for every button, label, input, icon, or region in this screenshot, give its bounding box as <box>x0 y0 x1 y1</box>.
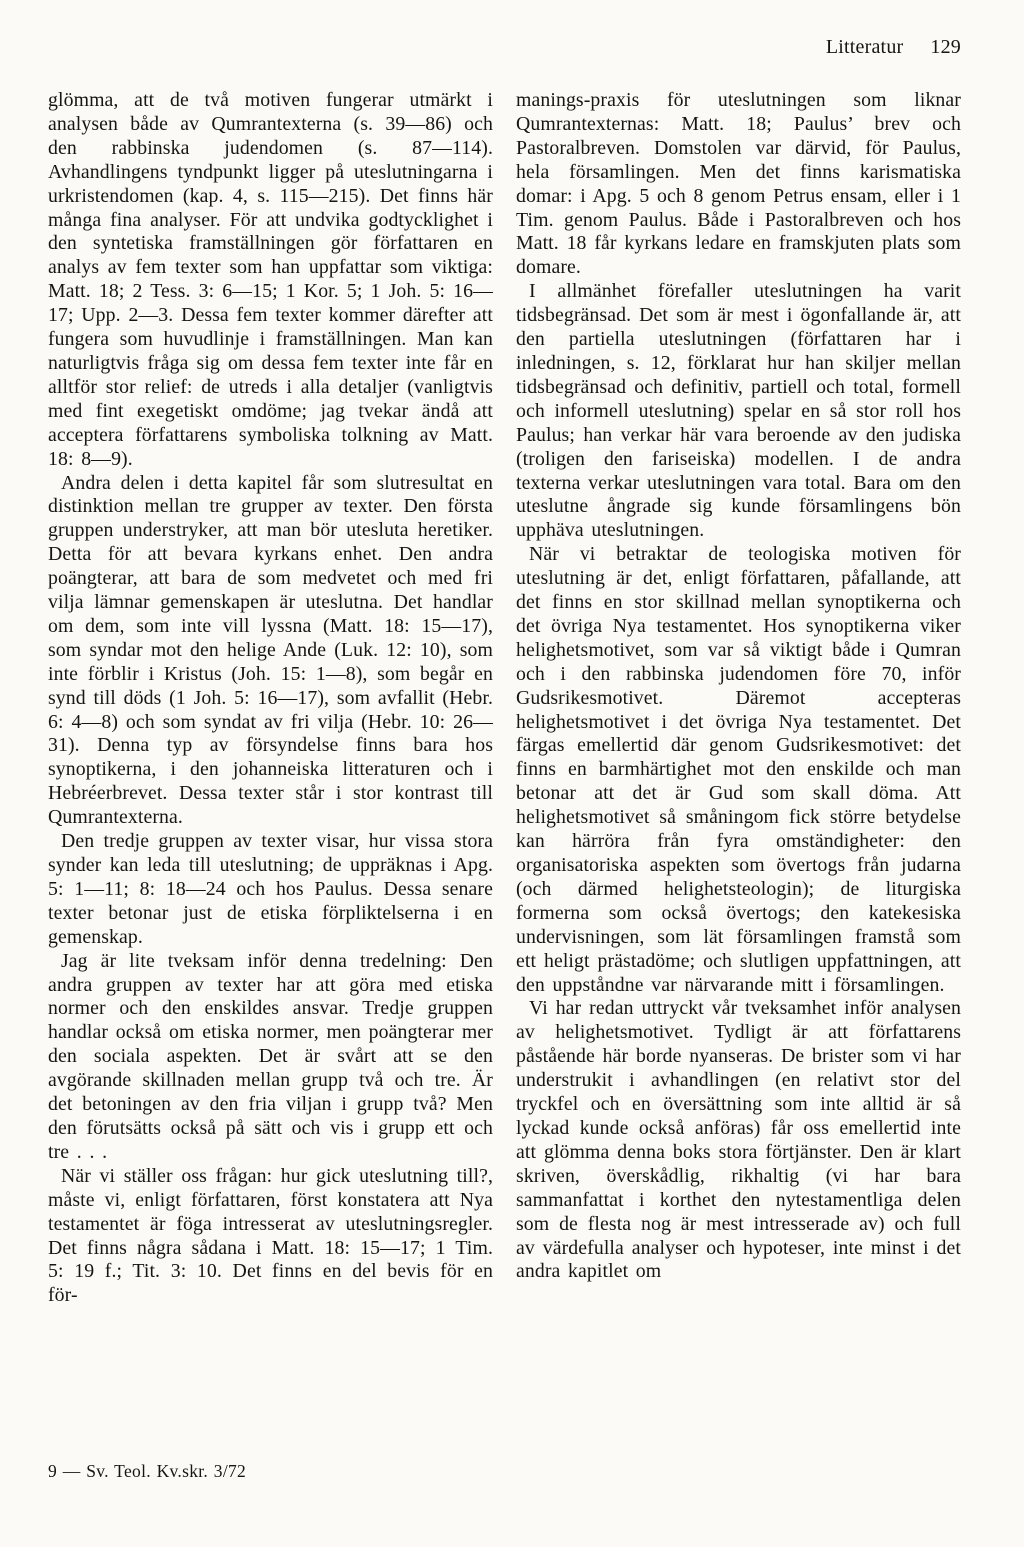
text-columns: glömma, att de två motiven fungerar utmä… <box>48 89 961 1308</box>
page-footer: 9 — Sv. Teol. Kv.skr. 3/72 <box>48 1461 246 1482</box>
paragraph: Vi har redan uttryckt vår tveksamhet inf… <box>516 997 961 1284</box>
paragraph: När vi ställer oss frågan: hur gick utes… <box>48 1165 493 1308</box>
page-header: Litteratur129 <box>48 36 961 59</box>
footer-signature: 9 — Sv. Teol. Kv.skr. 3/72 <box>48 1461 246 1481</box>
paragraph: Den tredje gruppen av texter visar, hur … <box>48 830 493 950</box>
paragraph: När vi betraktar de teologiska motiven f… <box>516 543 961 997</box>
scanned-page: Litteratur129 glömma, att de två motiven… <box>0 0 1024 1547</box>
left-column: glömma, att de två motiven fungerar utmä… <box>48 89 493 1308</box>
paragraph: manings-praxis för uteslutningen som lik… <box>516 89 961 280</box>
right-column: manings-praxis för uteslutningen som lik… <box>516 89 961 1308</box>
paragraph: I allmänhet förefaller uteslutningen ha … <box>516 280 961 543</box>
page-number: 129 <box>930 36 961 58</box>
paragraph: Jag är lite tveksam inför denna tredelni… <box>48 950 493 1165</box>
paragraph: Andra delen i detta kapitel får som slut… <box>48 472 493 831</box>
running-title: Litteratur <box>826 36 904 58</box>
paragraph: glömma, att de två motiven fungerar utmä… <box>48 89 493 472</box>
